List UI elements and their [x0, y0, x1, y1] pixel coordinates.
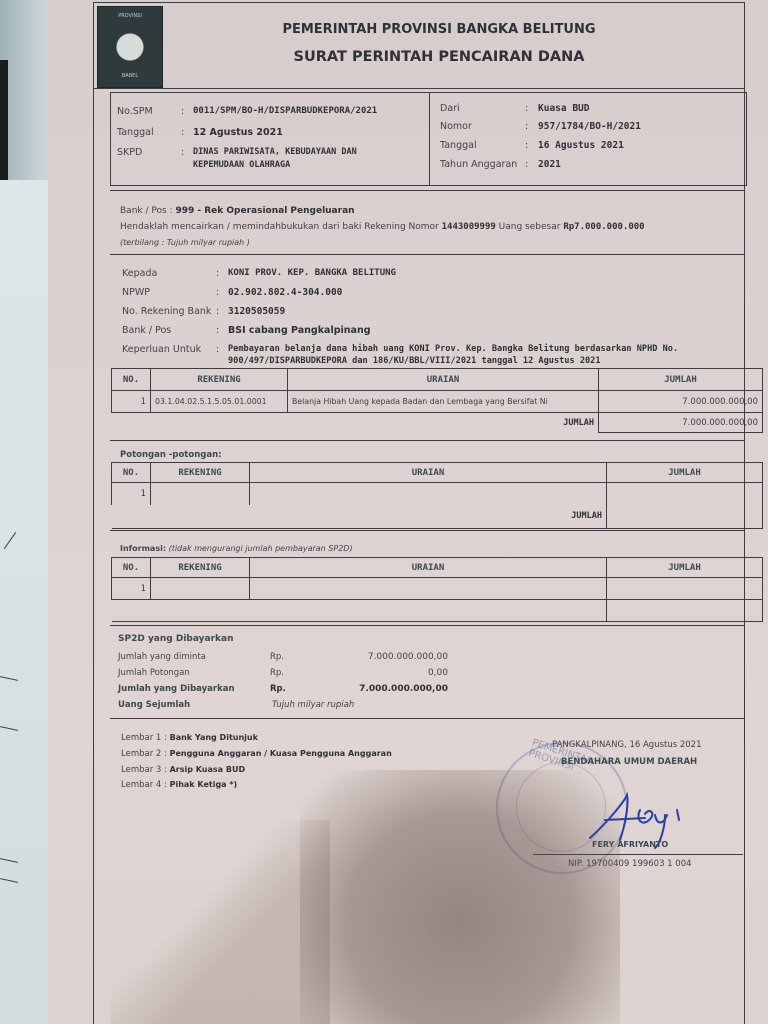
value: 12 Agustus 2021	[193, 127, 283, 138]
sheet-label: Lembar 3	[121, 765, 161, 775]
sheet-recipient: Arsip Kuasa BUD	[170, 765, 245, 774]
document-header: PROVINSI BABEL PEMERINTAH PROVINSI BANGK…	[93, 2, 745, 89]
table-total-row	[112, 600, 763, 622]
value: 2021	[538, 159, 561, 170]
value: 0011/SPM/BO-H/DISPARBUDKEPORA/2021	[193, 106, 377, 116]
table-row: 1 03.1.04.02.5.1.5.05.01.0001 Belanja Hi…	[112, 391, 763, 413]
value: 16 Agustus 2021	[538, 140, 624, 151]
value: 02.902.802.4-304.000	[228, 287, 342, 298]
currency: Rp.	[270, 668, 284, 678]
col-rekening: REKENING	[151, 558, 250, 578]
col-rekening: REKENING	[151, 369, 288, 391]
spm-info-box: No.SPM : 0011/SPM/BO-H/DISPARBUDKEPORA/2…	[110, 92, 430, 186]
label: Jumlah Potongan	[118, 668, 190, 678]
divider	[110, 625, 745, 626]
value-line2: 900/497/DISPARBUDKEPORA dan 186/KU/BBL/V…	[228, 356, 601, 366]
sheet-label: Lembar 2	[121, 749, 161, 759]
label: Jumlah yang diminta	[118, 652, 206, 662]
label: Nomor	[440, 121, 472, 132]
bank-pos-value: 999 - Rek Operasional Pengeluaran	[175, 206, 354, 216]
informasi-note: (tidak mengurangi jumlah pembayaran SP2D…	[169, 544, 353, 553]
cell-rekening: 03.1.04.02.5.1.5.05.01.0001	[151, 391, 288, 413]
province-emblem-icon: PROVINSI BABEL	[97, 6, 163, 88]
table-row: 1	[112, 578, 763, 600]
sheet-label: Lembar 4	[121, 780, 161, 790]
table-total-row: JUMLAH 7.000.000.000,00	[112, 413, 763, 433]
payment-table: NO. REKENING URAIAN JUMLAH 1 03.1.04.02.…	[111, 368, 763, 433]
cell-rekening	[151, 578, 250, 600]
total-label: JUMLAH	[112, 413, 599, 433]
government-name: PEMERINTAH PROVINSI BANGKA BELITUNG	[93, 22, 745, 37]
signer-nip: NIP. 19700409 199603 1 004	[568, 859, 692, 869]
col-jumlah: JUMLAH	[599, 369, 763, 391]
signature-line	[533, 854, 743, 855]
col-uraian: URAIAN	[288, 369, 599, 391]
label: NPWP	[122, 287, 150, 298]
total-value: 7.000.000.000,00	[599, 413, 763, 433]
col-no: NO.	[112, 463, 151, 483]
table-row: 1	[112, 483, 763, 505]
col-uraian: URAIAN	[250, 463, 607, 483]
currency: Rp.	[270, 684, 286, 694]
value: Tujuh milyar rupiah	[272, 700, 354, 710]
cell-no: 1	[112, 483, 151, 505]
col-uraian: URAIAN	[250, 558, 607, 578]
value-line1: DINAS PARIWISATA, KEBUDAYAAN DAN	[193, 147, 357, 157]
source-account-number: 1443009999	[442, 222, 496, 232]
background-dark-area	[0, 60, 8, 180]
list-item: Lembar 1 : Bank Yang Ditunjuk	[121, 733, 258, 743]
cell-jumlah: 7.000.000.000,00	[599, 391, 763, 413]
label: Tahun Anggaran	[440, 159, 517, 170]
cell-uraian	[250, 483, 607, 505]
signer-name: FERY AFRIYANTO	[592, 840, 668, 849]
col-jumlah: JUMLAH	[607, 558, 763, 578]
informasi-table: NO. REKENING URAIAN JUMLAH 1	[111, 557, 763, 622]
place-date: PANGKALPINANG, 16 Agustus 2021	[552, 740, 702, 750]
value-line2: KEPEMUDAAN OLAHRAGA	[193, 160, 290, 170]
amount-label: Uang sebesar	[499, 222, 561, 232]
informasi-title: Informasi:	[120, 544, 166, 553]
total-label: JUMLAH	[112, 505, 607, 529]
instruction-row: Hendaklah mencairkan / memindahbukukan d…	[120, 222, 645, 232]
label: Keperluan Untuk	[122, 344, 201, 355]
cell-rekening	[151, 483, 250, 505]
value-line1: Pembayaran belanja dana hibah uang KONI …	[228, 344, 678, 354]
sheet-recipient: Pihak Ketiga *)	[170, 780, 238, 789]
list-item: Lembar 3 : Arsip Kuasa BUD	[121, 765, 245, 775]
cell-uraian: Belanja Hibah Uang kepada Badan dan Lemb…	[288, 391, 599, 413]
value: 0,00	[340, 668, 448, 678]
amount-value: Rp7.000.000.000	[563, 222, 644, 232]
label: Tanggal	[440, 140, 477, 151]
label: Jumlah yang Dibayarkan	[118, 684, 235, 694]
emblem-text-top: PROVINSI	[98, 13, 162, 19]
document-title: SURAT PERINTAH PENCAIRAN DANA	[93, 49, 745, 65]
value: BSI cabang Pangkalpinang	[228, 325, 371, 336]
col-no: NO.	[112, 558, 151, 578]
sheet-label: Lembar 1	[121, 733, 161, 743]
cell-no: 1	[112, 391, 151, 413]
terbilang-text: (terbilang : Tujuh milyar rupiah )	[120, 238, 250, 247]
label: Uang Sejumlah	[118, 700, 190, 710]
instruction-text: Hendaklah mencairkan / memindahbukukan d…	[120, 222, 439, 232]
col-no: NO.	[112, 369, 151, 391]
list-item: Lembar 2 : Pengguna Anggaran / Kuasa Pen…	[121, 749, 392, 759]
shadow-overlay	[110, 820, 330, 1024]
sheet-recipient: Pengguna Anggaran / Kuasa Pengguna Angga…	[170, 749, 392, 758]
label: No.SPM	[117, 106, 153, 117]
signer-role: BENDAHARA UMUM DAERAH	[561, 757, 697, 767]
divider	[110, 530, 745, 531]
col-rekening: REKENING	[151, 463, 250, 483]
value: 3120505059	[228, 306, 285, 317]
value: KONI PROV. KEP. BANGKA BELITUNG	[228, 268, 396, 278]
currency: Rp.	[270, 652, 284, 662]
value: Kuasa BUD	[538, 103, 589, 114]
label: Bank / Pos	[122, 325, 171, 336]
sp2d-title: SP2D yang Dibayarkan	[118, 634, 234, 644]
label: SKPD	[117, 147, 142, 158]
emblem-text-bottom: BABEL	[98, 73, 162, 79]
label: Kepada	[122, 268, 157, 279]
bank-pos-label: Bank / Pos	[120, 206, 167, 216]
label: Tanggal	[117, 127, 154, 138]
value: 957/1784/BO-H/2021	[538, 121, 641, 132]
cell-jumlah	[607, 578, 763, 600]
sheet-recipient: Bank Yang Ditunjuk	[170, 733, 258, 742]
list-item: Lembar 4 : Pihak Ketiga *)	[121, 780, 237, 790]
potongan-title: Potongan -potongan:	[120, 450, 222, 460]
value: 7.000.000.000,00	[330, 684, 448, 694]
divider	[110, 254, 745, 255]
cell-uraian	[250, 578, 607, 600]
divider	[110, 718, 745, 719]
label: Dari	[440, 103, 460, 114]
label: No. Rekening Bank	[122, 306, 211, 317]
divider	[110, 440, 745, 441]
value: 7.000.000.000,00	[340, 652, 448, 662]
cell-no: 1	[112, 578, 151, 600]
col-jumlah: JUMLAH	[607, 463, 763, 483]
potongan-table: NO. REKENING URAIAN JUMLAH 1 JUMLAH	[111, 462, 763, 529]
divider	[110, 190, 745, 191]
cell-jumlah	[607, 483, 763, 529]
bank-pos-row: Bank / Pos : 999 - Rek Operasional Penge…	[120, 206, 355, 216]
source-info-box: Dari : Kuasa BUD Nomor : 957/1784/BO-H/2…	[429, 92, 747, 186]
informasi-heading: Informasi: (tidak mengurangi jumlah pemb…	[120, 544, 353, 553]
